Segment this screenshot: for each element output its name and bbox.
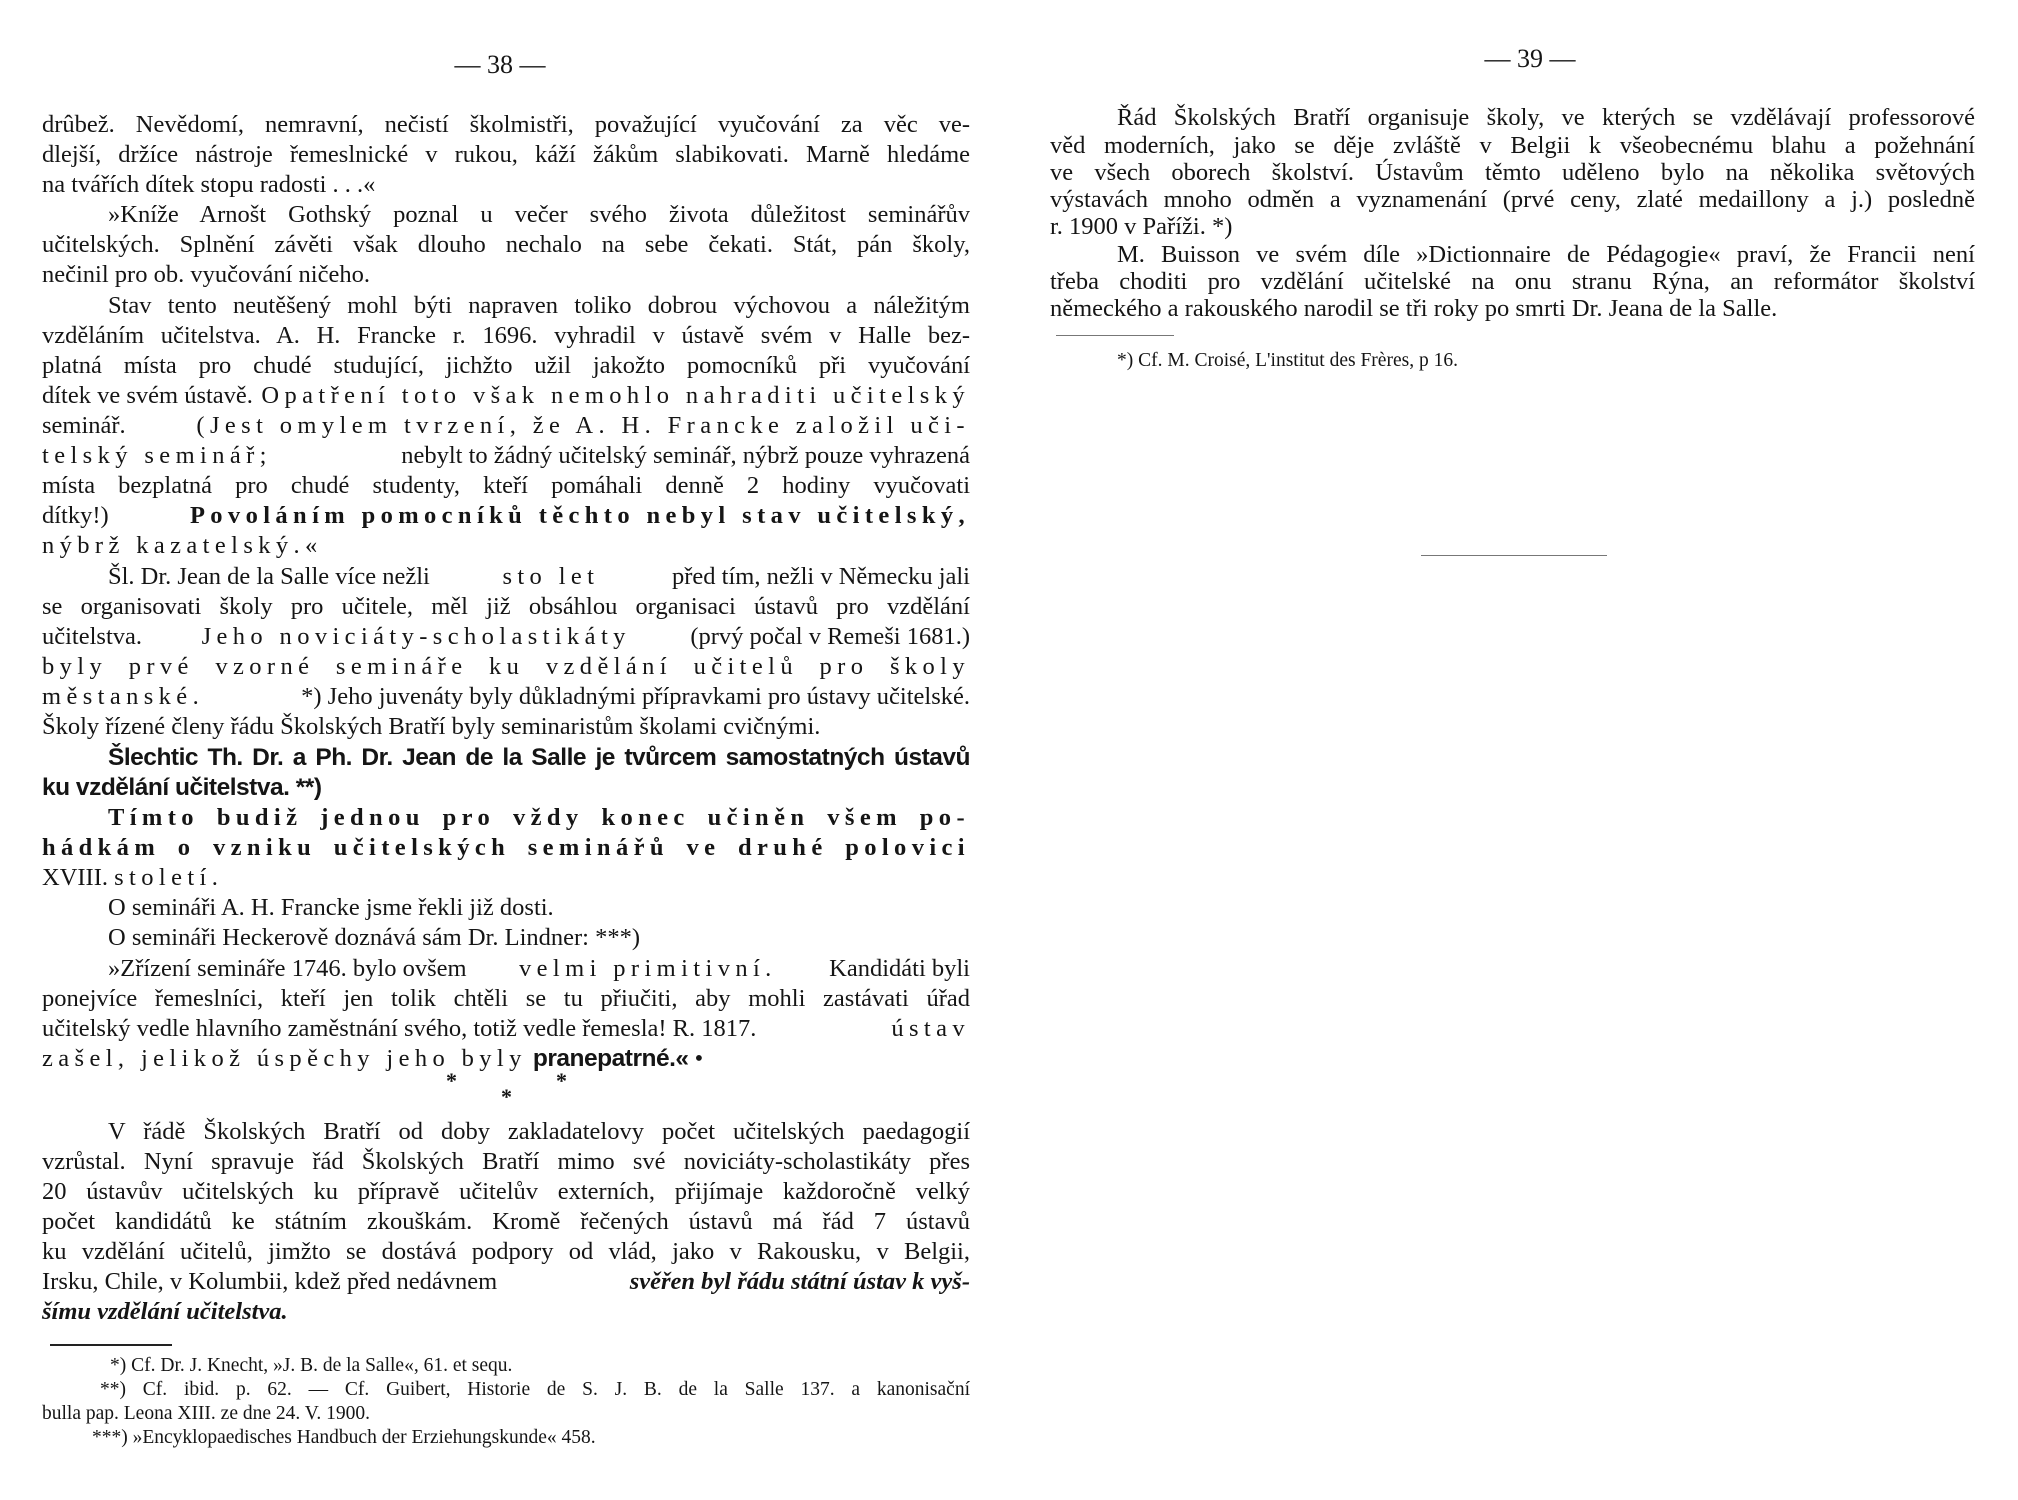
text-line: se organisovati školy pro učitele, měl j… [42,593,970,621]
text-line: učitelstva. Jeho noviciáty-scholastikáty… [42,623,970,651]
footnote: **) Cf. ibid. p. 62. — Cf. Guibert, Hist… [100,1378,970,1402]
text-line: telský seminář; nebylt to žádný učitelsk… [42,442,970,470]
italic-emphasis: svěřen byl řádu státní ústav k vyš- [630,1268,970,1296]
footnote: *) Cf. M. Croisé, L'institut des Frères,… [1117,349,1975,373]
right-page: — 39 — Řád Školských Bratří organisuje š… [1009,0,2018,1500]
text-line: zašel, jelikož úspěchy jeho byly pranepa… [42,1045,970,1073]
text-line: německého a rakouského narodil se tři ro… [1050,295,1975,323]
text-line: Školy řízené členy řádu Školských Bratří… [42,713,970,741]
text-line: městanské. *) Jeho juvenáty byly důkladn… [42,683,970,711]
text-line: vzděláním učitelstva. A. H. Francke r. 1… [42,322,970,350]
footnote-rule [1056,335,1174,336]
text-line: O semináři A. H. Francke jsme řekli již … [108,894,970,922]
text-line: ponejvíce řemeslníci, kteří jen tolik ch… [42,985,970,1013]
bold-heading-line: Šlechtic Th. Dr. a Ph. Dr. Jean de la Sa… [108,744,970,772]
text-line: XVIII. století. [42,864,970,892]
text-span: Šl. Dr. Jean de la Salle více nežli [108,563,430,591]
text-line: třeba choditi pro vzdělání učitelské na … [1050,268,1975,296]
text-line: Řád Školských Bratří organisuje školy, v… [1117,104,1975,132]
text-span: (prvý počal v Remeši 1681.) [690,623,970,651]
text-line: učitelský vedle hlavního zaměstnání svéh… [42,1015,970,1043]
text-line: ve všech oborech školství. Ústavům těmto… [1050,159,1975,187]
text-line: dítek ve svém ústavě. Opatření toto však… [42,382,970,410]
end-of-chapter-rule [1421,555,1607,556]
text-line: Irsku, Chile, v Kolumbii, kdež před nedá… [42,1268,970,1296]
text-span: Kandidáti byli [829,955,970,983]
text-line: věd moderních, jako se děje zvláště v Be… [1050,132,1975,160]
text-line: Šl. Dr. Jean de la Salle více nežli sto … [108,563,970,591]
text-span: Irsku, Chile, v Kolumbii, kdež před nedá… [42,1268,497,1296]
spaced-emphasis: telský seminář; [42,442,272,470]
text-line: místa bezplatná pro chudé studenty, kteř… [42,472,970,500]
page-number: — 38 — [455,50,546,80]
text-line: nýbrž kazatelský.« [42,532,970,560]
text-span: učitelský vedle hlavního zaměstnání svéh… [42,1015,756,1043]
footnote: *) Cf. Dr. J. Knecht, »J. B. de la Salle… [110,1354,970,1378]
text-line: vzrůstal. Nyní spravuje řád Školských Br… [42,1148,970,1176]
text-line: Tímto budiž jednou pro vždy konec učiněn… [108,804,970,832]
text-span: dítek ve svém ústavě. [42,382,253,410]
spaced-emphasis: městanské. [42,683,204,711]
left-page: — 38 — drûbež. Nevědomí, nemravní, nečis… [0,0,1009,1500]
text-line: M. Buisson ve svém díle »Dictionnaire de… [1117,241,1975,269]
text-line: V řádě Školských Bratří od doby zakladat… [108,1118,970,1146]
text-span: učitelstva. [42,623,142,651]
spaced-emphasis: Jeho noviciáty-scholastikáty [202,623,631,651]
text-line: byly prvé vzorné semináře ku vzdělání uč… [42,653,970,681]
text-line: dítky!) Povoláním pomocníků těchto nebyl… [42,502,970,530]
text-span: XVIII. [42,864,108,891]
text-span: *) Jeho juvenáty byly důkladnými příprav… [301,683,970,711]
spaced-emphasis: Povoláním pomocníků těchto nebyl stav uč… [190,502,970,530]
text-line: počet kandidátů ke státním zkouškám. Kro… [42,1208,970,1236]
text-line: r. 1900 v Paříži. *) [1050,213,1975,241]
spaced-emphasis: Opatření toto však nemohlo nahraditi uči… [261,382,970,410]
text-line: »Zřízení semináře 1746. bylo ovšem velmi… [108,955,970,983]
footnote: bulla pap. Leona XIII. ze dne 24. V. 190… [42,1402,970,1426]
text-line: na tvářích dítek stopu radosti . . .« [42,171,970,199]
text-span: • [695,1045,704,1072]
text-span: dítky!) [42,502,109,530]
italic-emphasis: šímu vzdělání učitelstva. [42,1298,970,1326]
text-span: před tím, nežli v Německu jali [672,563,970,591]
text-line: drûbež. Nevědomí, nemravní, nečistí škol… [42,111,970,139]
footnote-rule [50,1344,172,1346]
bold-heading-line: ku vzdělání učitelstva. **) [42,774,970,802]
spaced-emphasis: sto let [502,563,599,591]
page-number: — 39 — [1485,44,1576,74]
text-line: O semináři Heckerově doznává sám Dr. Lin… [108,924,970,952]
text-line: »Kníže Arnošt Gothský poznal u večer své… [108,201,970,229]
text-line: 20 ústavův učitelských ku přípravě učite… [42,1178,970,1206]
text-line: hádkám o vzniku učitelských seminářů ve … [42,834,970,862]
text-span: nebylt to žádný učitelský seminář, nýbrž… [401,442,970,470]
text-line: platná místa pro chudé studující, jichžt… [42,352,970,380]
spaced-emphasis: (Jest omylem tvrzení, že A. H. Francke z… [196,412,970,440]
text-line: Stav tento neutěšený mohl býti napraven … [108,292,970,320]
text-line: nečinil pro ob. vyučování ničeho. [42,261,970,289]
text-line: dlejší, držíce nástroje řemeslnické v ru… [42,141,970,169]
footnote: ***) »Encyklopaedisches Handbuch der Erz… [92,1426,970,1450]
spaced-emphasis: století. [114,864,223,891]
spaced-emphasis: ústav [891,1015,970,1043]
text-span: »Zřízení semináře 1746. bylo ovšem [108,955,467,983]
text-line: výstavách mnoho odměn a vyznamenání (prv… [1050,186,1975,214]
text-line: učitelských. Splnění závěti však dlouho … [42,231,970,259]
spaced-emphasis: velmi primitivní. [519,955,777,983]
text-span: seminář. [42,412,126,440]
text-line: seminář. (Jest omylem tvrzení, že A. H. … [42,412,970,440]
text-line: ku vzdělání učitelů, jimžto se dostává p… [42,1238,970,1266]
